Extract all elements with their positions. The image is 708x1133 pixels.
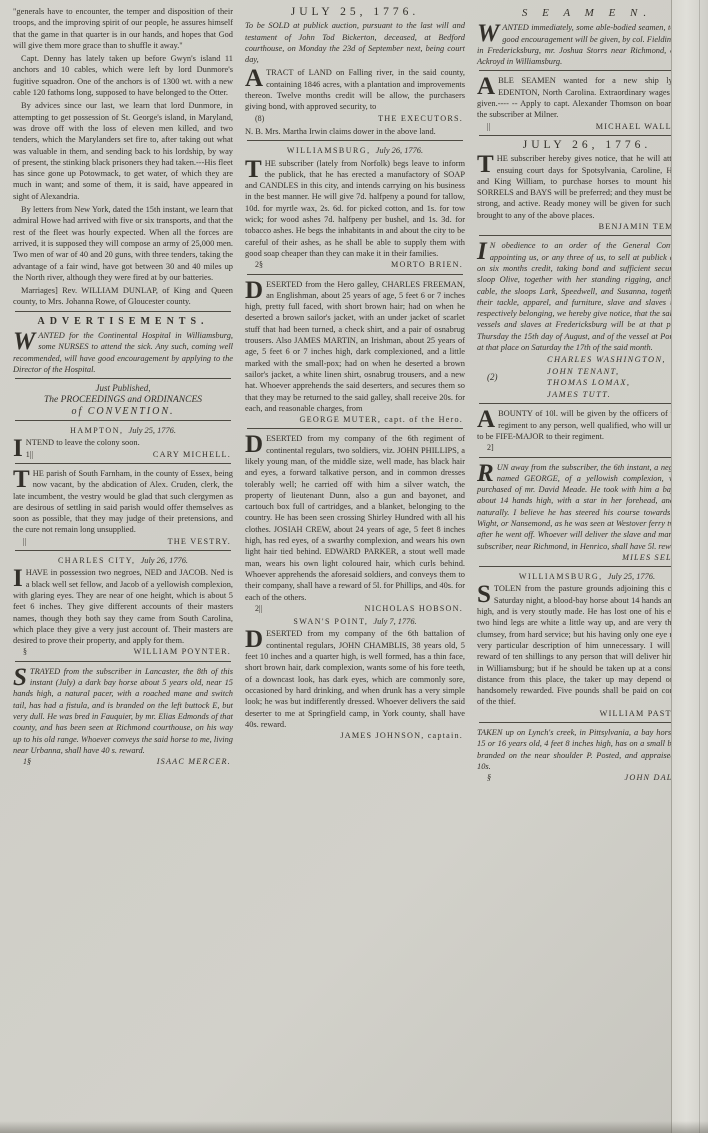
ad-text: TRACT of LAND on Falling river, in the s… — [245, 68, 465, 111]
dateline-date: July 26, 1776. — [141, 555, 188, 566]
sig-name: JOHN DALTON. — [491, 772, 695, 783]
sig-mark: 2§ — [255, 259, 263, 270]
drop-cap: A — [245, 67, 266, 89]
ad-stolen-horse: STOLEN from the pasture grounds adjoinin… — [477, 583, 697, 719]
ad-text: TRAYED from the subscriber in Lancaster,… — [13, 667, 233, 755]
ad-text: HE parish of South Farnham, in the count… — [13, 469, 233, 534]
rule — [479, 135, 695, 136]
rule — [247, 428, 463, 429]
rule — [247, 274, 463, 275]
signer-name: THOMAS LOMAX, — [547, 377, 666, 389]
seamen-heading: S E A M E N. — [477, 8, 697, 19]
news-paragraph: Capt. Denny has lately taken up before G… — [13, 53, 233, 98]
signature-line: MILES SELDEN. — [487, 552, 695, 563]
signer-name: CHARLES WASHINGTON, — [547, 354, 666, 366]
dateline-place: HAMPTON, — [70, 425, 123, 436]
rule — [479, 235, 695, 236]
ad-deserted-chamblis: DESERTED from my company of the 6th batt… — [245, 628, 465, 741]
ad-two-negroes: IHAVE in possession two negroes, NED and… — [13, 567, 233, 657]
signature-line: GEORGE MUTER, capt. of the Hero. — [255, 414, 463, 425]
ad-tract-of-land: ATRACT of LAND on Falling river, in the … — [245, 67, 465, 123]
ad-text: ANTED for the Continental Hospital in Wi… — [13, 331, 233, 374]
ad-text: HE subscriber (lately from Norfolk) begs… — [245, 159, 465, 258]
ad-text: TAKEN up on Lynch's creek, in Pittsylvan… — [477, 728, 697, 771]
sig-name: MILES SELDEN. — [487, 552, 695, 563]
ad-text: ANTED immediately, some able-bodied seam… — [477, 23, 697, 66]
sig-name: WILLIAM PASTEUR. — [487, 708, 695, 719]
dateline-date: July 25, 1776. — [128, 425, 175, 436]
ad-text: HAVE in possession two negroes, NED and … — [13, 568, 233, 645]
ad-text: ESERTED from the Hero galley, CHARLES FR… — [245, 280, 465, 413]
signature-line: || THE VESTRY. — [23, 536, 231, 547]
ad-text: BLE SEAMEN wanted for a new ship lying a… — [477, 76, 697, 119]
rule — [479, 722, 695, 723]
column-2: JULY 25, 1776. To be SOLD at publick auc… — [245, 6, 465, 743]
signature-line: || MICHAEL WALLACE. — [487, 121, 695, 132]
ad-horses-for-troop: THE subscriber hereby gives notice, that… — [477, 153, 697, 232]
rule — [247, 140, 463, 141]
news-paragraph: By letters from New York, dated the 15th… — [13, 204, 233, 283]
sig-name: JAMES JOHNSON, captain. — [255, 730, 463, 741]
ad-text: NTEND to leave the colony soon. — [26, 438, 140, 447]
rule — [15, 311, 231, 312]
column-1: "generals have to encounter, the temper … — [13, 6, 233, 769]
sig-name: GEORGE MUTER, capt. of the Hero. — [255, 414, 463, 425]
notice-line: of CONVENTION. — [13, 406, 233, 417]
dateline-place: SWAN'S POINT, — [293, 616, 368, 627]
ad-seamen-wanted: WANTED immediately, some able-bodied sea… — [477, 22, 697, 67]
ad-text: TOLEN from the pasture grounds adjoining… — [477, 584, 697, 706]
ad-convention-sale: IN obedience to an order of the General … — [477, 240, 697, 400]
rule — [479, 566, 695, 567]
signature-line: 1|| CARY MICHELL. — [26, 449, 231, 460]
just-published-notice: Just Published, The PROCEEDINGS and ORDI… — [13, 383, 233, 417]
sig-name: CARY MICHELL. — [33, 449, 231, 460]
signature-line: JAMES JOHNSON, captain. — [255, 730, 463, 741]
signature-line: 2] — [487, 442, 695, 453]
ad-taken-up-horse: TAKEN up on Lynch's creek, in Pittsylvan… — [477, 727, 697, 783]
drop-cap: T — [477, 153, 497, 175]
date-heading: JULY 25, 1776. — [245, 7, 465, 18]
ad-text: N obedience to an order of the General C… — [477, 241, 697, 352]
sig-mark: (8) — [255, 113, 264, 124]
sig-mark: 1|| — [26, 449, 33, 460]
signature-line: 1§ ISAAC MERCER. — [23, 756, 231, 767]
notice-line: The PROCEEDINGS and ORDINANCES — [13, 395, 233, 406]
sig-name: BENJAMIN TEMPLE. — [487, 221, 695, 232]
ad-nurses-wanted: WANTED for the Continental Hospital in W… — [13, 330, 233, 375]
dateline-place: WILLIAMSBURG, — [287, 145, 371, 156]
date-heading: JULY 26, 1776. — [477, 140, 697, 151]
signer-name: JOHN TENANT, — [547, 366, 666, 378]
sig-mark: 1§ — [23, 756, 31, 767]
column-3: S E A M E N. WANTED immediately, some ab… — [477, 6, 697, 786]
ad-able-seamen: ABLE SEAMEN wanted for a new ship lying … — [477, 75, 697, 131]
rule — [15, 463, 231, 464]
signature-line: BENJAMIN TEMPLE. — [487, 221, 695, 232]
dateline-place: CHARLES CITY, — [58, 555, 136, 566]
ad-deserted-6th-regiment: DESERTED from my company of the 6th regi… — [245, 433, 465, 614]
fold-line — [699, 0, 700, 1133]
sig-mark: 2|| — [255, 603, 262, 614]
drop-cap: I — [477, 240, 490, 262]
dateline-williamsburg-26: WILLIAMSBURG, July 26, 1776. — [245, 145, 465, 156]
sig-name: THE VESTRY. — [26, 536, 231, 547]
news-paragraph: By advices since our last, we learn that… — [13, 100, 233, 202]
drop-cap: W — [13, 330, 38, 352]
notice-line: Just Published, — [13, 383, 233, 394]
signature-line: (8) THE EXECUTORS. — [255, 113, 463, 124]
ad-deserted-hero-galley: DESERTED from the Hero galley, CHARLES F… — [245, 279, 465, 426]
newspaper-page: "generals have to encounter, the temper … — [0, 0, 708, 1133]
signature-line: WILLIAM PASTEUR. — [487, 708, 695, 719]
drop-cap: R — [477, 462, 497, 484]
ad-text: UN away from the subscriber, the 6th ins… — [477, 463, 697, 551]
drop-cap: S — [13, 666, 30, 688]
ad-text: BOUNTY of 10l. will be given by the offi… — [477, 409, 697, 441]
sig-name: MORTO BRIEN. — [263, 259, 463, 270]
page-bottom-edge — [0, 1121, 708, 1133]
dateline-date: July 7, 1776. — [373, 616, 416, 627]
drop-cap: S — [477, 583, 494, 605]
ad-parish-vacancy: THE parish of South Farnham, in the coun… — [13, 468, 233, 547]
signature-line: 2§ MORTO BRIEN. — [255, 259, 463, 270]
ad-runaway-george: RUN away from the subscriber, the 6th in… — [477, 462, 697, 564]
rule — [15, 550, 231, 551]
rule — [479, 457, 695, 458]
signer-name: JAMES TUTT. — [547, 389, 666, 401]
rule — [479, 403, 695, 404]
news-paragraph: "generals have to encounter, the temper … — [13, 6, 233, 51]
sig-name: MICHAEL WALLACE. — [490, 121, 695, 132]
signature-line: 2|| NICHOLAS HOBSON. — [255, 603, 463, 614]
sig-name: THE EXECUTORS. — [264, 113, 463, 124]
rule — [15, 420, 231, 421]
dateline-date: July 26, 1776. — [376, 145, 423, 156]
dateline-swans-point: SWAN'S POINT, July 7, 1776. — [245, 616, 465, 627]
ad-text: ESERTED from my company of the 6th batta… — [245, 629, 465, 728]
ad-text: HE subscriber hereby gives notice, that … — [477, 154, 697, 219]
rule — [479, 70, 695, 71]
drop-cap: T — [245, 158, 265, 180]
sig-name: NICHOLAS HOBSON. — [262, 603, 463, 614]
nb-note: N. B. Mrs. Martha Irwin claims dower in … — [245, 126, 465, 137]
marriages-notice: Marriages] Rev. WILLIAM DUNLAP, of King … — [13, 285, 233, 308]
drop-cap: T — [13, 468, 33, 490]
ad-strayed-horse: STRAYED from the subscriber in Lancaster… — [13, 666, 233, 768]
dateline-place: WILLIAMSBURG, — [519, 571, 603, 582]
auction-intro: To be SOLD at publick auction, pursuant … — [245, 20, 465, 65]
signature-block: (2) CHARLES WASHINGTON, JOHN TENANT, THO… — [487, 354, 693, 400]
ad-intend-leave-colony: INTEND to leave the colony soon. 1|| CAR… — [13, 437, 233, 460]
drop-cap: D — [245, 628, 266, 650]
drop-cap: D — [245, 433, 266, 455]
drop-cap: W — [477, 22, 502, 44]
sig-mark: 2] — [487, 442, 494, 453]
dateline-williamsburg-25: WILLIAMSBURG, July 25, 1776. — [477, 571, 697, 582]
rule — [15, 661, 231, 662]
signature-line: § WILLIAM POYNTER. — [23, 646, 231, 657]
dateline-charles-city: CHARLES CITY, July 26, 1776. — [13, 555, 233, 566]
ad-text: ESERTED from my company of the 6th regim… — [245, 434, 465, 601]
dateline-date: July 25, 1776. — [608, 571, 655, 582]
sig-name: WILLIAM POYNTER. — [27, 646, 231, 657]
rule — [15, 378, 231, 379]
advertisements-heading: ADVERTISEMENTS. — [13, 316, 233, 327]
sig-mark: (2) — [487, 372, 547, 383]
signer-list: CHARLES WASHINGTON, JOHN TENANT, THOMAS … — [547, 354, 666, 400]
ad-soap-candles: THE subscriber (lately from Norfolk) beg… — [245, 158, 465, 271]
drop-cap: A — [477, 75, 498, 97]
ad-fife-major-bounty: ABOUNTY of 10l. will be given by the off… — [477, 408, 697, 453]
drop-cap: D — [245, 279, 266, 301]
dateline-hampton: HAMPTON, July 25, 1776. — [13, 425, 233, 436]
drop-cap: A — [477, 408, 498, 430]
sig-name: ISAAC MERCER. — [31, 756, 231, 767]
signature-line: § JOHN DALTON. — [487, 772, 695, 783]
drop-cap: I — [13, 567, 26, 589]
page-edge — [671, 0, 708, 1133]
drop-cap: I — [13, 437, 26, 459]
